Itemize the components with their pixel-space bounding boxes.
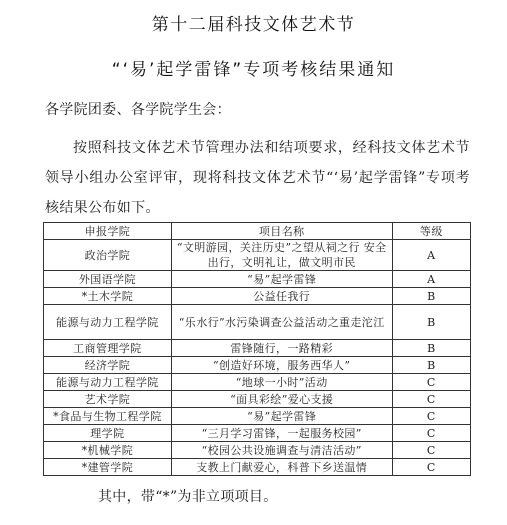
results-table: 申报学院 项目名称 等级 政治学院 “文明游园，关注历史”之望从祠之行 安全出行…	[43, 222, 471, 476]
cell-college: 政治学院	[44, 240, 172, 271]
cell-grade: C	[392, 408, 470, 425]
body-paragraph: 按照科技文体艺术节管理办法和结项要求，经科技文体艺术节领导小组办公室评审，现将科…	[45, 133, 470, 223]
cell-grade: A	[392, 240, 470, 271]
table-row: 经济学院 “创造好环境，服务西华人” B	[44, 357, 471, 374]
table-row: 政治学院 “文明游园，关注历史”之望从祠之行 安全出行，文明礼让，做文明市民 A	[44, 240, 471, 271]
cell-grade: B	[392, 288, 470, 305]
header-grade: 等级	[392, 223, 470, 240]
table-header-row: 申报学院 项目名称 等级	[44, 223, 471, 240]
cell-grade: C	[392, 374, 470, 391]
header-project: 项目名称	[171, 223, 392, 240]
cell-grade: B	[392, 357, 470, 374]
cell-project: 公益任我行	[171, 288, 392, 305]
table-row: *食品与生物工程学院 “易”起学雷锋 C	[44, 408, 471, 425]
cell-project: 雷锋随行，一路精彩	[171, 340, 392, 357]
cell-college: *机械学院	[44, 442, 172, 459]
document-title: 第十二届科技文体艺术节	[0, 10, 507, 35]
cell-grade: A	[392, 271, 470, 288]
table-row: *建管学院 支教上门献爱心，科普下乡送温情 C	[44, 459, 471, 476]
cell-grade: B	[392, 340, 470, 357]
table-row: 能源与动力工程学院 “地球一小时”活动 C	[44, 374, 471, 391]
table-row: 外国语学院 “易”起学雷锋 A	[44, 271, 471, 288]
cell-project: “校园公共设施调查与清洁活动”	[171, 442, 392, 459]
table-row: *机械学院 “校园公共设施调查与清洁活动” C	[44, 442, 471, 459]
cell-project: “地球一小时”活动	[171, 374, 392, 391]
cell-project: “文明游园，关注历史”之望从祠之行 安全出行，文明礼让，做文明市民	[171, 240, 392, 271]
cell-grade: C	[392, 459, 470, 476]
table-row: 能源与动力工程学院 “乐水行”水污染调查公益活动之重走沱江 B	[44, 305, 471, 340]
header-college: 申报学院	[44, 223, 172, 240]
cell-college: 能源与动力工程学院	[44, 305, 172, 340]
cell-college: *食品与生物工程学院	[44, 408, 172, 425]
cell-project: “易”起学雷锋	[171, 408, 392, 425]
cell-grade: C	[392, 442, 470, 459]
cell-project: 支教上门献爱心，科普下乡送温情	[171, 459, 392, 476]
cell-grade: C	[392, 425, 470, 442]
cell-project: “面具彩绘”爱心支援	[171, 391, 392, 408]
cell-college: 经济学院	[44, 357, 172, 374]
document-subtitle: “‘易’起学雷锋”专项考核结果通知	[0, 55, 507, 80]
cell-project: “三月学习雷锋，一起服务校园”	[171, 425, 392, 442]
table-row: 理学院 “三月学习雷锋，一起服务校园” C	[44, 425, 471, 442]
table-row: 工商管理学院 雷锋随行，一路精彩 B	[44, 340, 471, 357]
table-row: *土木学院 公益任我行 B	[44, 288, 471, 305]
cell-project: “乐水行”水污染调查公益活动之重走沱江	[171, 305, 392, 340]
cell-college: 工商管理学院	[44, 340, 172, 357]
cell-grade: C	[392, 391, 470, 408]
cell-project: “易”起学雷锋	[171, 271, 392, 288]
cell-college: 能源与动力工程学院	[44, 374, 172, 391]
cell-college: 理学院	[44, 425, 172, 442]
table-row: 艺术学院 “面具彩绘”爱心支援 C	[44, 391, 471, 408]
cell-project: “创造好环境，服务西华人”	[171, 357, 392, 374]
cell-college: *建管学院	[44, 459, 172, 476]
cell-college: *土木学院	[44, 288, 172, 305]
cell-grade: B	[392, 305, 470, 340]
footnote: 其中，带“*”为非立项项目。	[98, 486, 278, 506]
salutation: 各学院团委、各学院学生会：	[45, 99, 231, 119]
cell-college: 艺术学院	[44, 391, 172, 408]
cell-college: 外国语学院	[44, 271, 172, 288]
